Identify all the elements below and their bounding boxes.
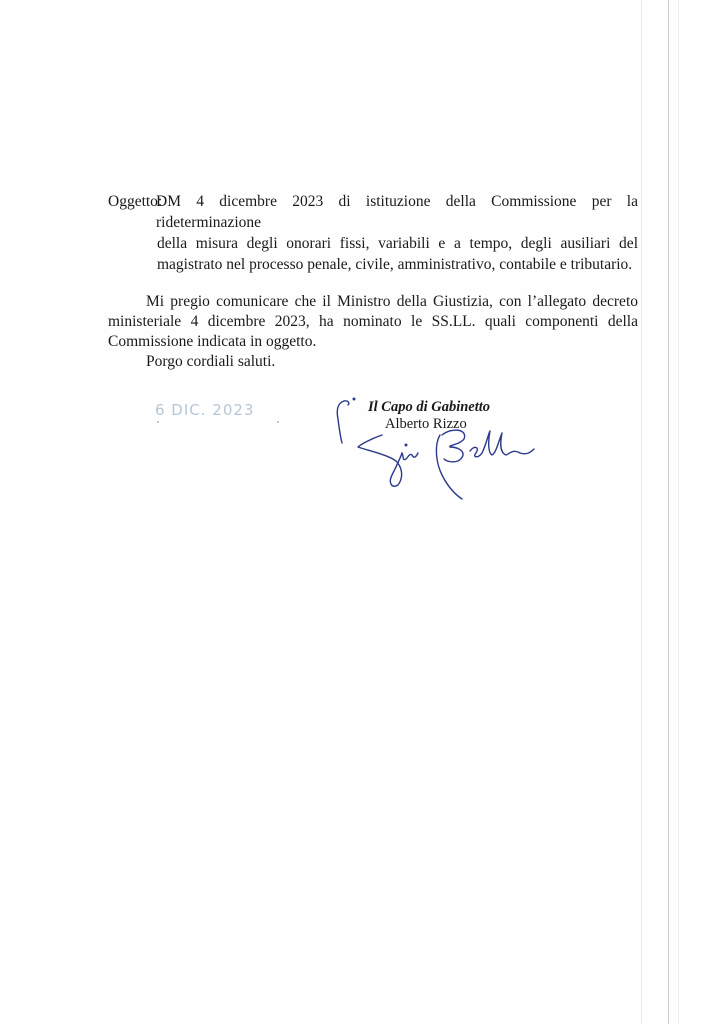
body-line: Commissione indicata in oggetto. [108,332,638,352]
body-line: Mi pregio comunicare che il Ministro del… [108,292,638,312]
body-line: ministeriale 4 dicembre 2023, ha nominat… [108,312,638,332]
date-stamp-text: 6 DIC. 2023 [155,401,254,419]
handwritten-signature-icon [330,395,560,505]
date-stamp: 6 DIC. 2023 [155,401,254,419]
stamp-mark [157,421,159,423]
closing-greeting: Porgo cordiali saluti. [108,352,638,372]
scan-edge-line [668,0,669,1024]
subject-block: Oggetto: DM 4 dicembre 2023 di istituzio… [108,191,638,275]
body-paragraph: Mi pregio comunicare che il Ministro del… [108,292,638,372]
stamp-mark [277,421,279,423]
scan-edge-line [641,0,642,1024]
subject-line: DM 4 dicembre 2023 di istituzione della … [156,191,638,233]
scan-edge-line [678,0,679,1024]
subject-line: della misura degli onorari fissi, variab… [157,233,638,254]
subject-line: magistrato nel processo penale, civile, … [157,254,638,275]
document-page: Oggetto: DM 4 dicembre 2023 di istituzio… [0,0,724,1024]
subject-label: Oggetto: [108,191,162,212]
